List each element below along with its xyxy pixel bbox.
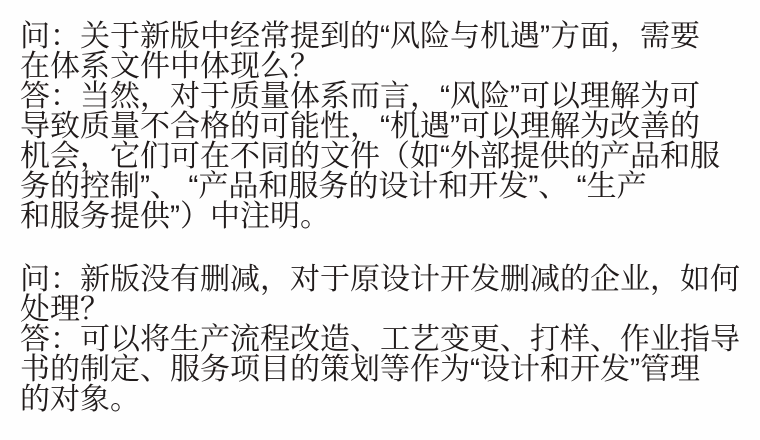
- qa-block-risk-opportunity: 问：关于新版中经常提到的“风险与机遇”方面，需要 在体系文件中体现么？ 答：当然…: [20, 22, 752, 232]
- question-line: 在体系文件中体现么？: [20, 52, 752, 82]
- answer-line: 务的控制”、 “产品和服务的设计和开发”、 “生产: [20, 172, 752, 202]
- answer-line: 导致质量不合格的可能性，“机遇”可以理解为改善的: [20, 112, 752, 142]
- question-line: 问：新版没有删减，对于原设计开发删减的企业，如何: [20, 265, 752, 295]
- question-line: 处理？: [20, 295, 752, 325]
- answer-line: 和服务提供”）中注明。: [20, 202, 752, 232]
- answer-line: 答：当然，对于质量体系而言，“风险”可以理解为可: [20, 82, 752, 112]
- qa-block-design-exclusion: 问：新版没有删减，对于原设计开发删减的企业，如何 处理？ 答：可以将生产流程改造…: [20, 265, 752, 415]
- answer-line: 答：可以将生产流程改造、工艺变更、打样、作业指导: [20, 325, 752, 355]
- question-line: 问：关于新版中经常提到的“风险与机遇”方面，需要: [20, 22, 752, 52]
- answer-line: 的对象。: [20, 385, 752, 415]
- answer-line: 机会，它们可在不同的文件（如“外部提供的产品和服: [20, 142, 752, 172]
- qa-document: 问：关于新版中经常提到的“风险与机遇”方面，需要 在体系文件中体现么？ 答：当然…: [0, 0, 760, 440]
- answer-line: 书的制定、服务项目的策划等作为“设计和开发”管理: [20, 355, 752, 385]
